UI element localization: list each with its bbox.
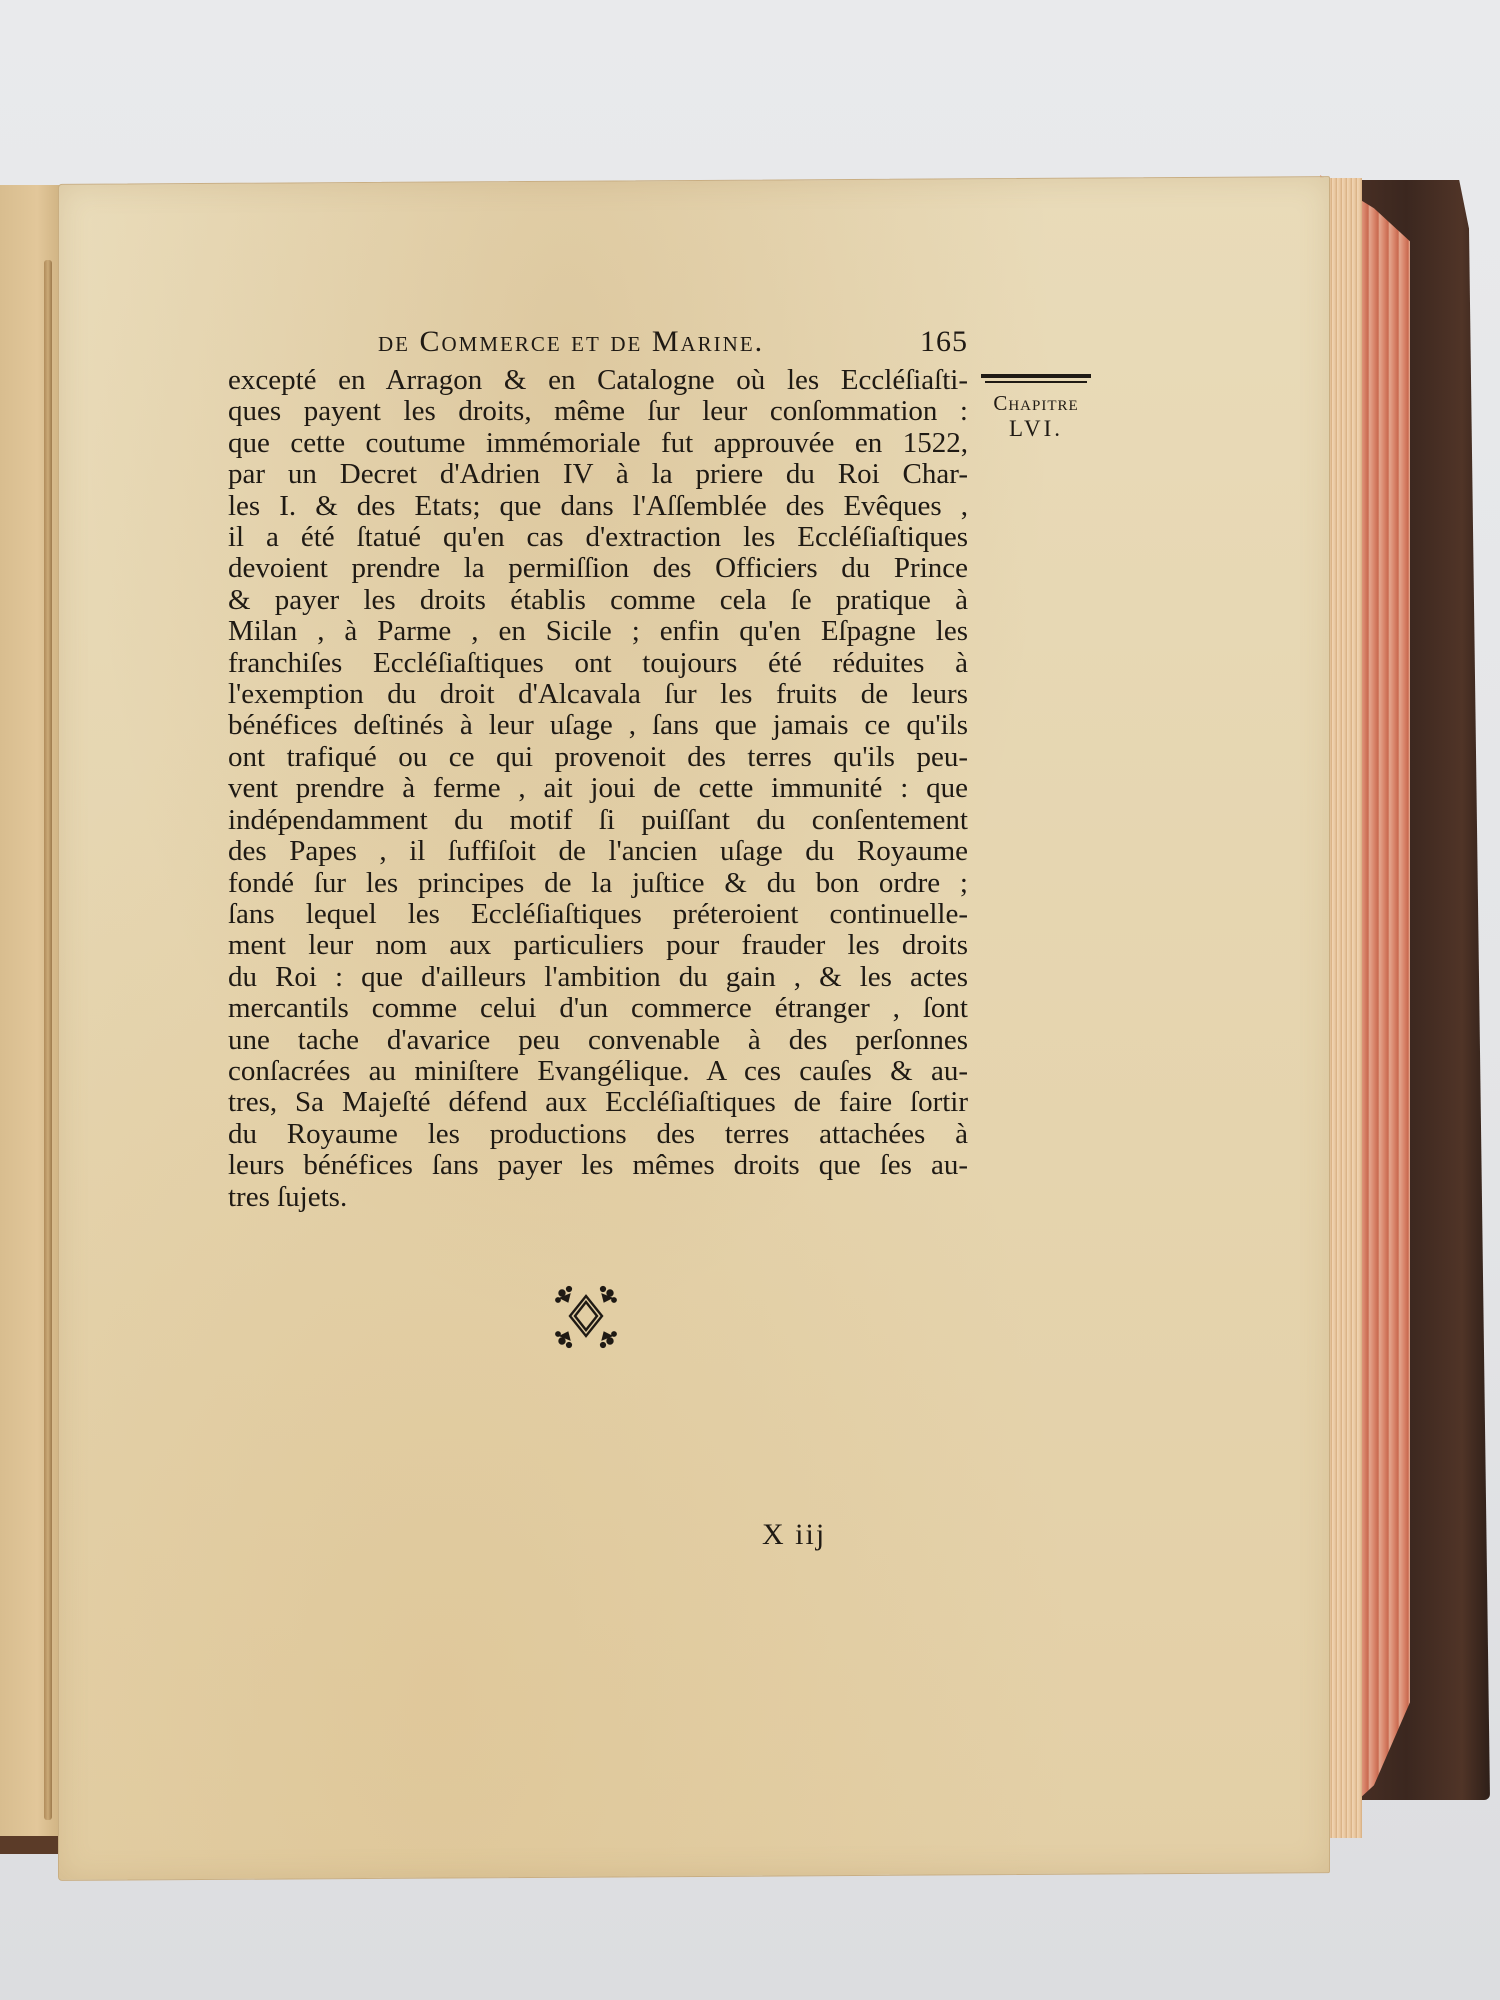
body-text: excepté en Arragon & en Catalogne où les… — [228, 365, 968, 1213]
chapter-label: Chapitre — [977, 391, 1095, 415]
left-page-edge — [0, 185, 64, 1840]
text-line: bénéfices deſtinés à leur uſage , ſans q… — [228, 710, 968, 741]
text-line: excepté en Arragon & en Catalogne où les… — [228, 365, 968, 396]
text-line: tres ſujets. — [228, 1182, 968, 1213]
text-line: l'exemption du droit d'Alcavala ſur les … — [228, 679, 968, 710]
fleuron-ornament-icon — [550, 1282, 622, 1352]
book-gutter — [44, 260, 52, 1820]
page-number: 165 — [920, 325, 968, 359]
text-line: franchiſes Eccléſiaſtiques ont toujours … — [228, 648, 968, 679]
text-line: les I. & des Etats; que dans l'Aſſemblée… — [228, 491, 968, 522]
text-line: ment leur nom aux particuliers pour frau… — [228, 930, 968, 961]
chapter-number: LVI. — [977, 415, 1095, 443]
text-line: tres, Sa Majeſté défend aux Eccléſiaſtiq… — [228, 1087, 968, 1118]
text-line: indépendamment du motif ſi puiſſant du c… — [228, 805, 968, 836]
text-line: leurs bénéfices ſans payer les mêmes dro… — [228, 1150, 968, 1181]
text-line: ont trafiqué ou ce qui provenoit des ter… — [228, 742, 968, 773]
text-line: ques payent les droits, même ſur leur co… — [228, 396, 968, 427]
text-line: une tache d'avarice peu convenable à des… — [228, 1025, 968, 1056]
text-line: du Roi : que d'ailleurs l'ambition du ga… — [228, 962, 968, 993]
text-line: conſacrées au miniſtere Evangélique. A c… — [228, 1056, 968, 1087]
text-line: Milan , à Parme , en Sicile ; enfin qu'e… — [228, 616, 968, 647]
text-line: ſans lequel les Eccléſiaſtiques préteroi… — [228, 899, 968, 930]
text-line: des Papes , il ſuffiſoit de l'ancien uſa… — [228, 836, 968, 867]
running-head-title: de Commerce et de Marine. — [378, 325, 764, 359]
text-line: du Royaume les productions des terres at… — [228, 1119, 968, 1150]
text-line: devoient prendre la permiſſion des Offic… — [228, 553, 968, 584]
text-line: & payer les droits établis comme cela ſe… — [228, 585, 968, 616]
text-block: de Commerce et de Marine. 165 excepté en… — [228, 325, 968, 1213]
double-rule — [981, 374, 1091, 378]
text-line: il a été ſtatué qu'en cas d'extraction l… — [228, 522, 968, 553]
text-line: mercantils comme celui d'un commerce étr… — [228, 993, 968, 1024]
running-head: de Commerce et de Marine. 165 — [228, 325, 968, 365]
chapter-marginal-note: Chapitre LVI. — [977, 374, 1095, 443]
text-line: fondé ſur les principes de la juſtice & … — [228, 868, 968, 899]
signature-mark: X iij — [762, 1518, 826, 1552]
text-line: par un Decret d'Adrien IV à la priere du… — [228, 459, 968, 490]
double-rule — [985, 381, 1087, 383]
text-line: que cette coutume immémoriale fut approu… — [228, 428, 968, 459]
text-line: vent prendre à ferme , ait joui de cette… — [228, 773, 968, 804]
